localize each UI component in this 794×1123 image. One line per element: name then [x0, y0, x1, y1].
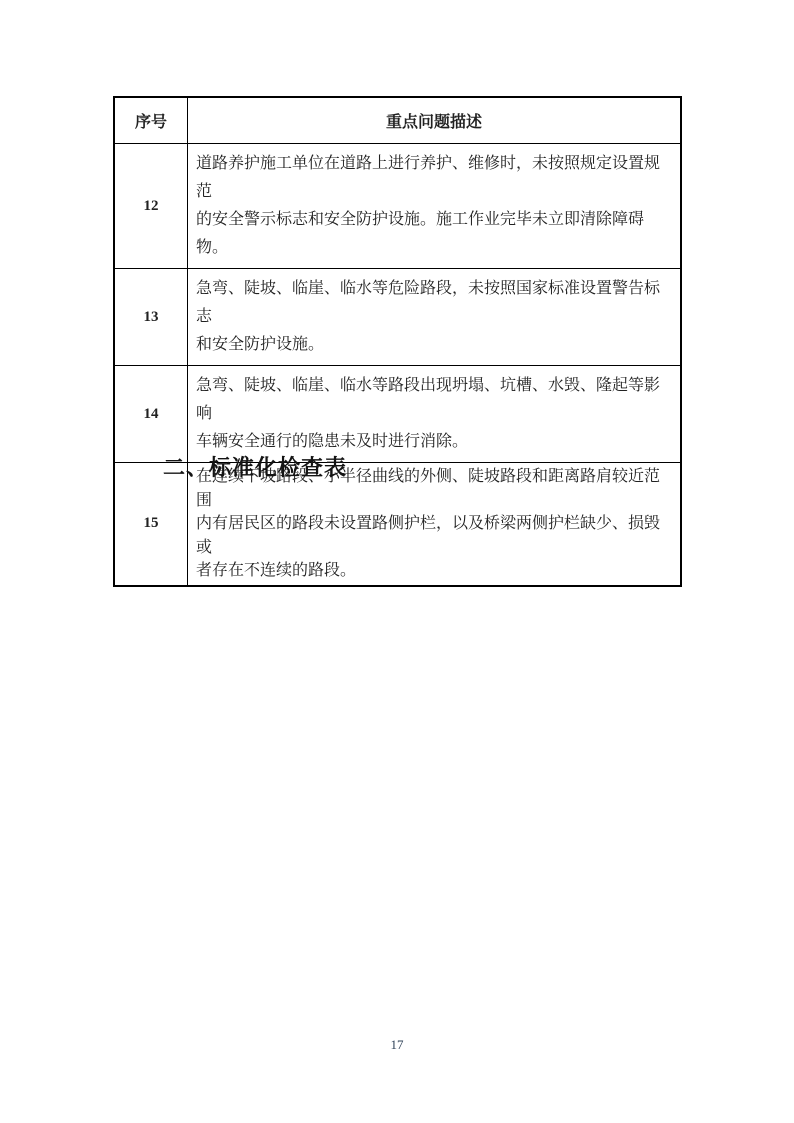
table-body: 12道路养护施工单位在道路上进行养护、维修时，未按照规定设置规范 的安全警示标志…: [114, 144, 681, 586]
cell-serial-number: 14: [114, 366, 188, 463]
header-description: 重点问题描述: [188, 97, 682, 144]
section-heading: 二、标准化检查表: [163, 451, 347, 482]
table-row: 13急弯、陡坡、临崖、临水等危险路段，未按照国家标准设置警告标志 和安全防护设施…: [114, 269, 681, 366]
cell-description: 急弯、陡坡、临崖、临水等危险路段，未按照国家标准设置警告标志 和安全防护设施。: [188, 269, 682, 366]
page-number: 17: [0, 1037, 794, 1053]
table-header-row: 序号 重点问题描述: [114, 97, 681, 144]
cell-description: 急弯、陡坡、临崖、临水等路段出现坍塌、坑槽、水毁、隆起等影响 车辆安全通行的隐患…: [188, 366, 682, 463]
table-row: 12道路养护施工单位在道路上进行养护、维修时，未按照规定设置规范 的安全警示标志…: [114, 144, 681, 269]
cell-description: 道路养护施工单位在道路上进行养护、维修时，未按照规定设置规范 的安全警示标志和安…: [188, 144, 682, 269]
cell-serial-number: 12: [114, 144, 188, 269]
cell-serial-number: 13: [114, 269, 188, 366]
table-row: 14急弯、陡坡、临崖、临水等路段出现坍塌、坑槽、水毁、隆起等影响 车辆安全通行的…: [114, 366, 681, 463]
document-page: 序号 重点问题描述 12道路养护施工单位在道路上进行养护、维修时，未按照规定设置…: [0, 0, 794, 1123]
header-serial-number: 序号: [114, 97, 188, 144]
key-issues-table: 序号 重点问题描述 12道路养护施工单位在道路上进行养护、维修时，未按照规定设置…: [113, 96, 682, 587]
